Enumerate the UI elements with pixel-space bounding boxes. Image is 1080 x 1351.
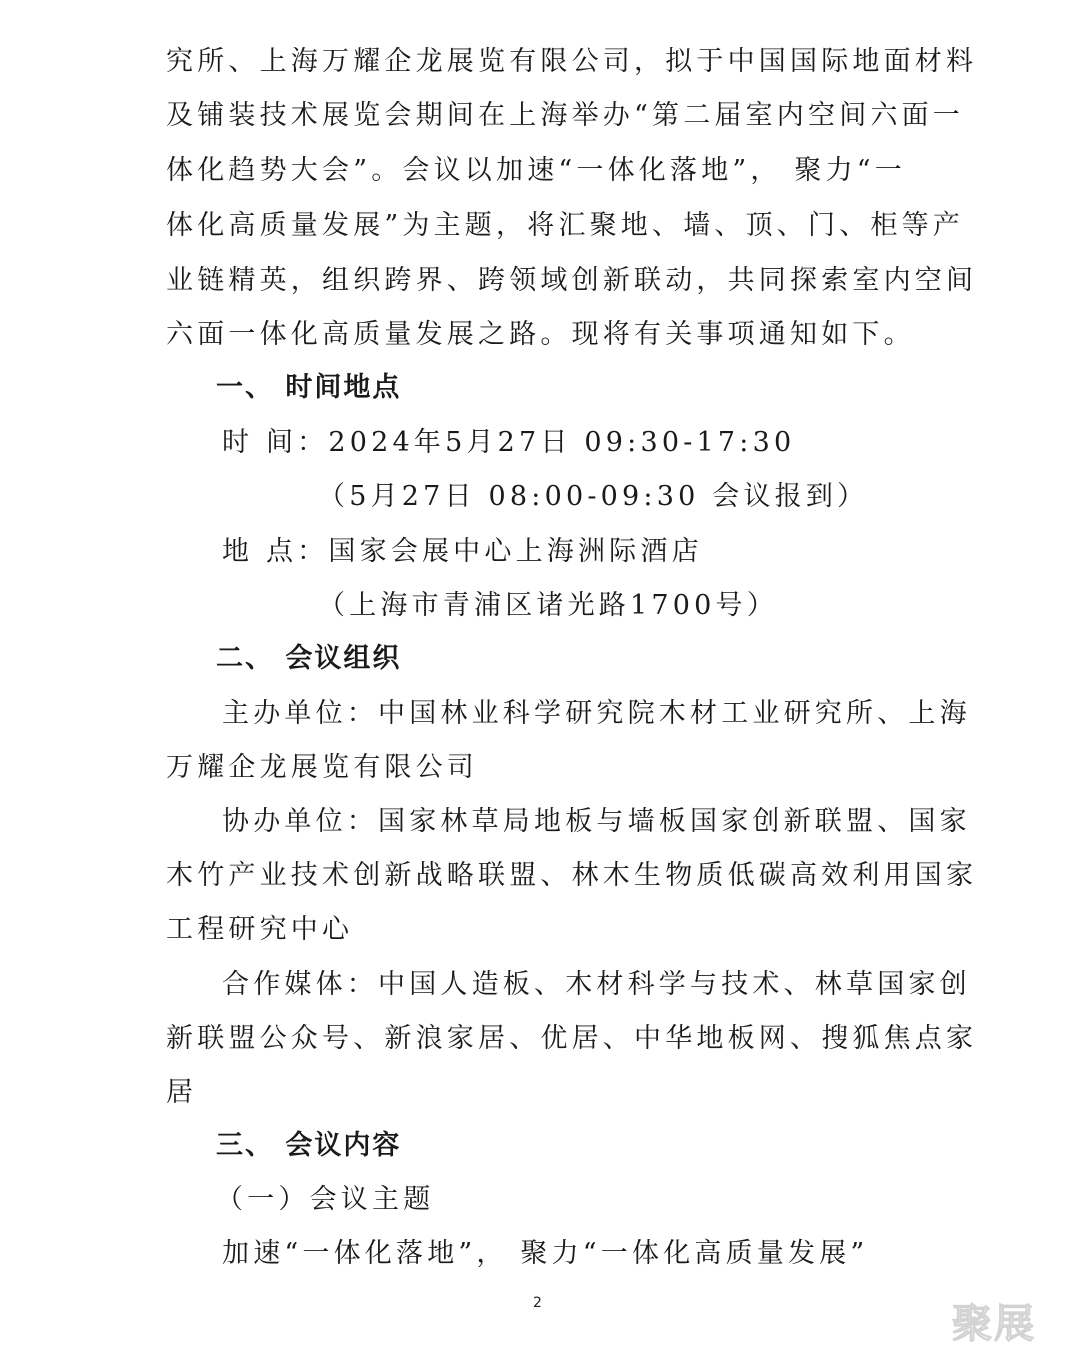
place-line: 地 点：国家会展中心上海洲际酒店 [222, 534, 703, 570]
subsection-heading-theme: （一）会议主题 [216, 1182, 434, 1218]
intro-line: 究所、上海万耀企龙展览有限公司，拟于中国国际地面材料 [166, 44, 977, 80]
intro-line: 业链精英，组织跨界、跨领域创新联动，共同探索室内空间 [166, 263, 977, 299]
intro-line: 及铺装技术展览会期间在上海举办“第二届室内空间六面一 [166, 98, 964, 134]
time-line: 时 间：2024年5月27日 09:30-17:30 [222, 425, 795, 461]
theme-text: 加速“一体化落地”， 聚力“一体化高质量发展” [222, 1236, 868, 1272]
media-line: 合作媒体：中国人造板、木材科学与技术、林草国家创 [222, 967, 971, 1003]
host-line: 万耀企龙展览有限公司 [166, 750, 478, 786]
host-line: 主办单位：中国林业科学研究院木材工业研究所、上海 [222, 696, 971, 732]
intro-line: 体化高质量发展”为主题，将汇聚地、墙、顶、门、柜等产 [166, 208, 964, 244]
page-number: 2 [533, 1295, 542, 1311]
watermark-logo: 聚展 [952, 1292, 1036, 1349]
media-line: 新联盟公众号、新浪家居、优居、中华地板网、搜狐焦点家 [166, 1021, 977, 1057]
media-line: 居 [166, 1075, 197, 1111]
place-note: （上海市青浦区诸光路1700号） [318, 588, 778, 624]
co-organizer-line: 协办单位：国家林草局地板与墙板国家创新联盟、国家 [222, 804, 971, 840]
intro-line: 体化趋势大会”。会议以加速“一体化落地”， 聚力“一 [166, 153, 906, 189]
co-organizer-line: 木竹产业技术创新战略联盟、林木生物质低碳高效利用国家 [166, 858, 977, 894]
time-note: （5月27日 08:00-09:30 会议报到） [318, 479, 868, 515]
document-page: 究所、上海万耀企龙展览有限公司，拟于中国国际地面材料 及铺装技术展览会期间在上海… [0, 0, 1080, 1351]
section-heading-time-place: 一、 时间地点 [216, 370, 401, 406]
section-heading-content: 三、 会议内容 [216, 1128, 401, 1164]
section-heading-organization: 二、 会议组织 [216, 641, 401, 677]
co-organizer-line: 工程研究中心 [166, 912, 353, 948]
intro-line: 六面一体化高质量发展之路。现将有关事项通知如下。 [166, 317, 915, 353]
